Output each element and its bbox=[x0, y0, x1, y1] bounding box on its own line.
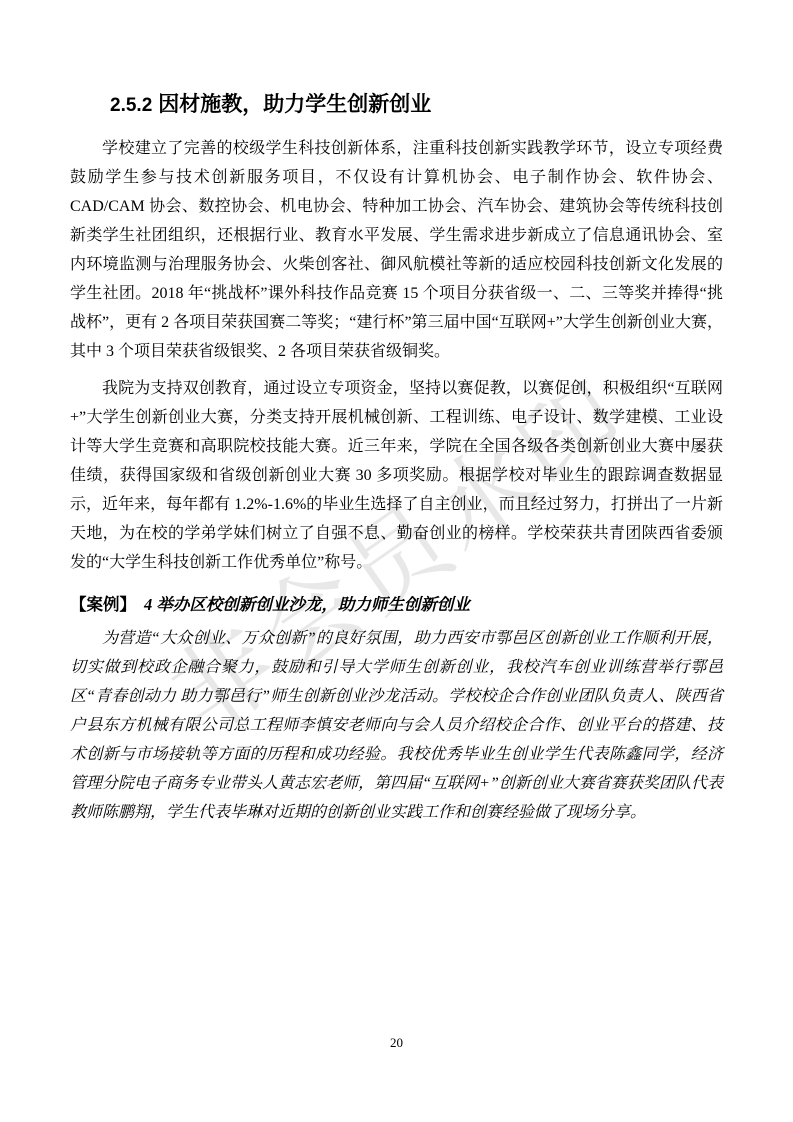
case-title: 4 举办区校创新创业沙龙，助力师生创新创业 bbox=[144, 595, 470, 614]
case-heading: 【案例】4 举办区校创新创业沙龙，助力师生创新创业 bbox=[70, 591, 723, 619]
section-heading: 2.5.2因材施教，助力学生创新创业 bbox=[110, 90, 723, 120]
case-body-paragraph: 为营造“大众创业、万众创新”的良好氛围，助力西安市鄠邑区创新创业工作顺利开展，切… bbox=[70, 624, 723, 827]
document-page: 非会员水印 2.5.2因材施教，助力学生创新创业 学校建立了完善的校级学生科技创… bbox=[0, 0, 793, 1122]
body-paragraph-2: 我院为支持双创教育，通过设立专项资金，坚持以赛促教，以赛促创，积极组织“互联网+… bbox=[70, 374, 723, 577]
case-label: 【案例】 bbox=[70, 595, 136, 614]
page-number: 20 bbox=[0, 1035, 793, 1051]
page-content: 2.5.2因材施教，助力学生创新创业 学校建立了完善的校级学生科技创新体系，注重… bbox=[0, 0, 793, 827]
body-paragraph-1: 学校建立了完善的校级学生科技创新体系，注重科技创新实践教学环节，设立专项经费鼓励… bbox=[70, 134, 723, 366]
section-title: 因材施教，助力学生创新创业 bbox=[158, 92, 431, 116]
section-number: 2.5.2 bbox=[110, 95, 152, 116]
